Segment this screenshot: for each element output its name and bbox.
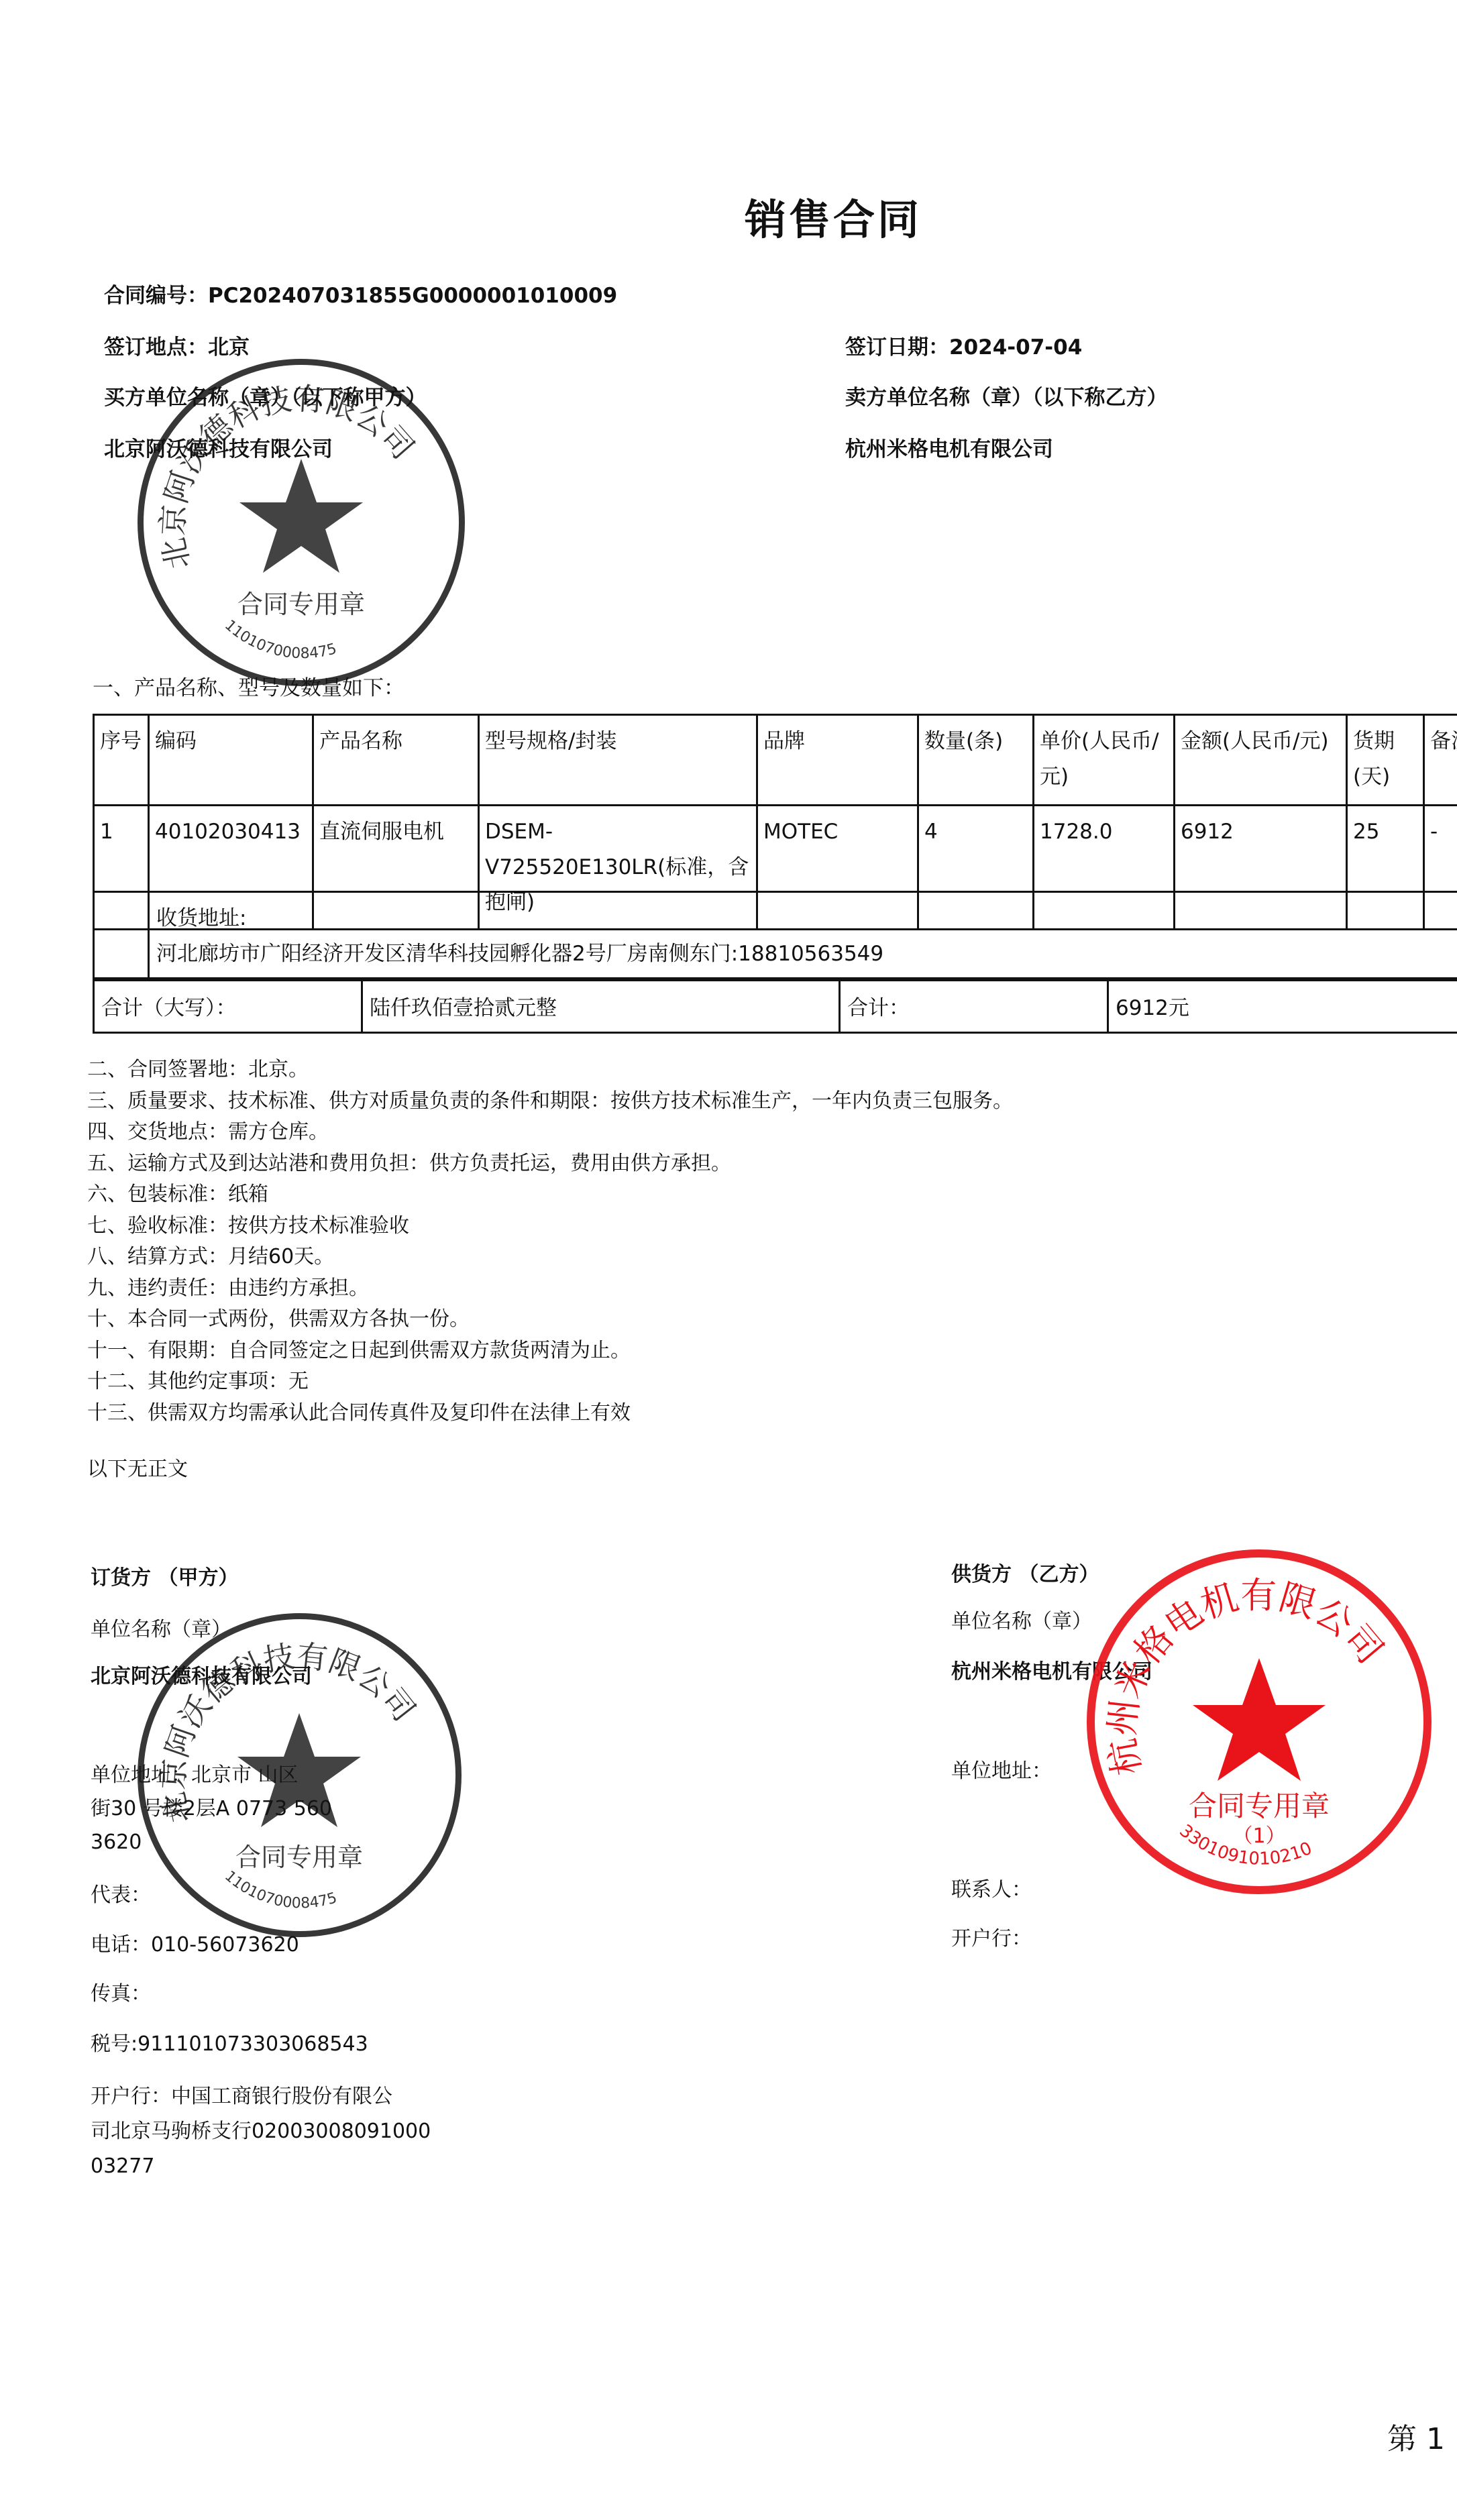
col-header-lead-days: 货期(天) — [1347, 715, 1424, 806]
party-b-heading: 供货方 （乙方） — [951, 1563, 1099, 1587]
term-item: 二、合同签署地：北京。 — [87, 1054, 1013, 1086]
delivery-address-label: 收货地址: — [156, 901, 1457, 936]
term-item: 七、验收标准：按供方技术标准验收 — [87, 1211, 1013, 1242]
party-b-address-label: 单位地址： — [951, 1759, 1052, 1784]
buyer-stamp-graphic: 北京阿沃德科技有限公司 合同专用章 1101070008475 — [144, 1619, 455, 1931]
party-b-bank-label: 开户行： — [951, 1927, 1032, 1951]
sign-date-label: 签订日期： — [845, 335, 949, 360]
seller-stamp-graphic: 杭州米格电机有限公司 合同专用章 （1） 3301091010210 — [1095, 1557, 1423, 1886]
party-a-phone-label: 电话： — [91, 1933, 151, 1957]
sign-place: 签订地点：北京 — [104, 330, 250, 360]
total-label: 合计： — [840, 979, 1108, 1033]
end-note: 以下无正文 — [87, 1454, 1013, 1486]
col-header-product: 产品名称 — [313, 715, 479, 806]
star-icon — [1193, 1658, 1326, 1781]
svg-text:合同专用章: 合同专用章 — [235, 1843, 363, 1872]
total-value: 6912元 — [1108, 979, 1457, 1033]
total-upper-label: 合计（大写）： — [94, 979, 362, 1033]
svg-text:合同专用章: 合同专用章 — [237, 590, 365, 619]
term-item: 十一、有限期：自合同签定之日起到供需双方款货两清为止。 — [87, 1335, 1013, 1367]
party-a-tax-label: 税号: — [91, 2032, 138, 2056]
col-header-amount: 金额(人民币/元) — [1175, 715, 1347, 806]
contract-number: 合同编号：PC202407031855G0000001010009 — [104, 278, 617, 309]
term-item: 八、结算方式：月结60天。 — [87, 1242, 1013, 1273]
col-header-model: 型号规格/封装 — [479, 715, 757, 806]
party-a-bank: 开户行：中国工商银行股份有限公 司北京马驹桥支行02003008091000 0… — [91, 2079, 431, 2184]
party-a-phone-value: 010-56073620 — [151, 1933, 299, 1957]
star-icon — [239, 459, 363, 573]
svg-text:（1）: （1） — [1232, 1824, 1285, 1848]
buyer-stamp-graphic: 北京阿沃德科技有限公司 合同专用章 1101070008475 — [144, 365, 459, 680]
totals-table: 合计（大写）： 陆仟玖佰壹拾贰元整 合计： 6912元 — [93, 977, 1457, 1034]
document-title: 销售合同 — [745, 186, 922, 246]
delivery-address-table: 收货地址: 河北廊坊市广阳经济开发区清华科技园孵化器2号厂房南侧东门:18810… — [93, 891, 1457, 981]
party-a-tax-value: 911101073303068543 — [138, 2032, 368, 2056]
svg-text:1101070008475: 1101070008475 — [221, 1868, 339, 1912]
contract-terms: 二、合同签署地：北京。 三、质量要求、技术标准、供方对质量负责的条件和期限：按供… — [87, 1054, 1013, 1486]
col-header-qty: 数量(条) — [918, 715, 1034, 806]
party-a-phone: 电话：010-56073620 — [91, 1933, 299, 1957]
party-a-tax: 税号:911101073303068543 — [91, 2032, 368, 2057]
party-a-heading: 订货方 （甲方） — [91, 1566, 238, 1590]
contract-number-label: 合同编号： — [104, 284, 208, 308]
party-a-bank-line1: 中国工商银行股份有限公 — [171, 2085, 392, 2108]
delivery-address: 河北廊坊市广阳经济开发区清华科技园孵化器2号厂房南侧东门:18810563549 — [156, 936, 1457, 972]
sign-place-label: 签订地点： — [104, 335, 208, 360]
contract-number-value: PC202407031855G0000001010009 — [208, 284, 617, 308]
buyer-stamp-top: 北京阿沃德科技有限公司 合同专用章 1101070008475 — [138, 359, 465, 686]
seller-stamp: 杭州米格电机有限公司 合同专用章 （1） 3301091010210 — [1087, 1549, 1432, 1894]
buyer-stamp-bottom: 北京阿沃德科技有限公司 合同专用章 1101070008475 — [138, 1613, 462, 1937]
sign-place-value: 北京 — [208, 335, 250, 360]
party-a-bank-line3: 03277 — [91, 2149, 431, 2184]
total-upper-value: 陆仟玖佰壹拾贰元整 — [362, 979, 840, 1033]
term-item: 四、交货地点：需方仓库。 — [87, 1117, 1013, 1148]
term-item: 五、运输方式及到达站港和费用负担：供方负责托运，费用由供方承担。 — [87, 1148, 1013, 1180]
party-b-contact-label: 联系人： — [951, 1878, 1032, 1902]
page-number: 第 1 — [1387, 2415, 1445, 2458]
col-header-remark: 备注 — [1424, 715, 1457, 806]
seller-name: 杭州米格电机有限公司 — [845, 432, 1053, 462]
sign-date: 签订日期：2024-07-04 — [845, 330, 1082, 360]
term-item: 十、本合同一式两份，供需双方各执一份。 — [87, 1304, 1013, 1335]
svg-text:合同专用章: 合同专用章 — [1189, 1790, 1330, 1822]
term-item: 十三、供需双方均需承认此合同传真件及复印件在法律上有效 — [87, 1398, 1013, 1429]
svg-text:1101070008475: 1101070008475 — [221, 617, 339, 663]
col-header-code: 编码 — [149, 715, 313, 806]
term-item: 九、违约责任：由违约方承担。 — [87, 1273, 1013, 1305]
term-item: 三、质量要求、技术标准、供方对质量负责的条件和期限：按供方技术标准生产，一年内负… — [87, 1086, 1013, 1117]
sign-date-value: 2024-07-04 — [949, 335, 1082, 360]
delivery-spacer-cell — [94, 892, 149, 981]
party-a-bank-line2: 司北京马驹桥支行02003008091000 — [91, 2114, 431, 2149]
party-a-rep-label: 代表： — [91, 1883, 151, 1908]
col-header-unit-price: 单价(人民币/元) — [1034, 715, 1175, 806]
party-a-bank-label: 开户行： — [91, 2085, 171, 2108]
delivery-address-cell: 收货地址: 河北廊坊市广阳经济开发区清华科技园孵化器2号厂房南侧东门:18810… — [149, 892, 1457, 981]
col-header-seq: 序号 — [94, 715, 149, 806]
party-a-fax-label: 传真： — [91, 1982, 151, 2006]
col-header-brand: 品牌 — [757, 715, 918, 806]
term-item: 六、包装标准：纸箱 — [87, 1179, 1013, 1211]
term-item: 十二、其他约定事项：无 — [87, 1366, 1013, 1398]
party-b-name-label: 单位名称（章） — [951, 1610, 1092, 1634]
star-icon — [237, 1713, 361, 1827]
seller-label: 卖方单位名称（章）（以下称乙方） — [845, 380, 1168, 410]
table-header-row: 序号 编码 产品名称 型号规格/封装 品牌 数量(条) 单价(人民币/元) 金额… — [94, 715, 1457, 806]
